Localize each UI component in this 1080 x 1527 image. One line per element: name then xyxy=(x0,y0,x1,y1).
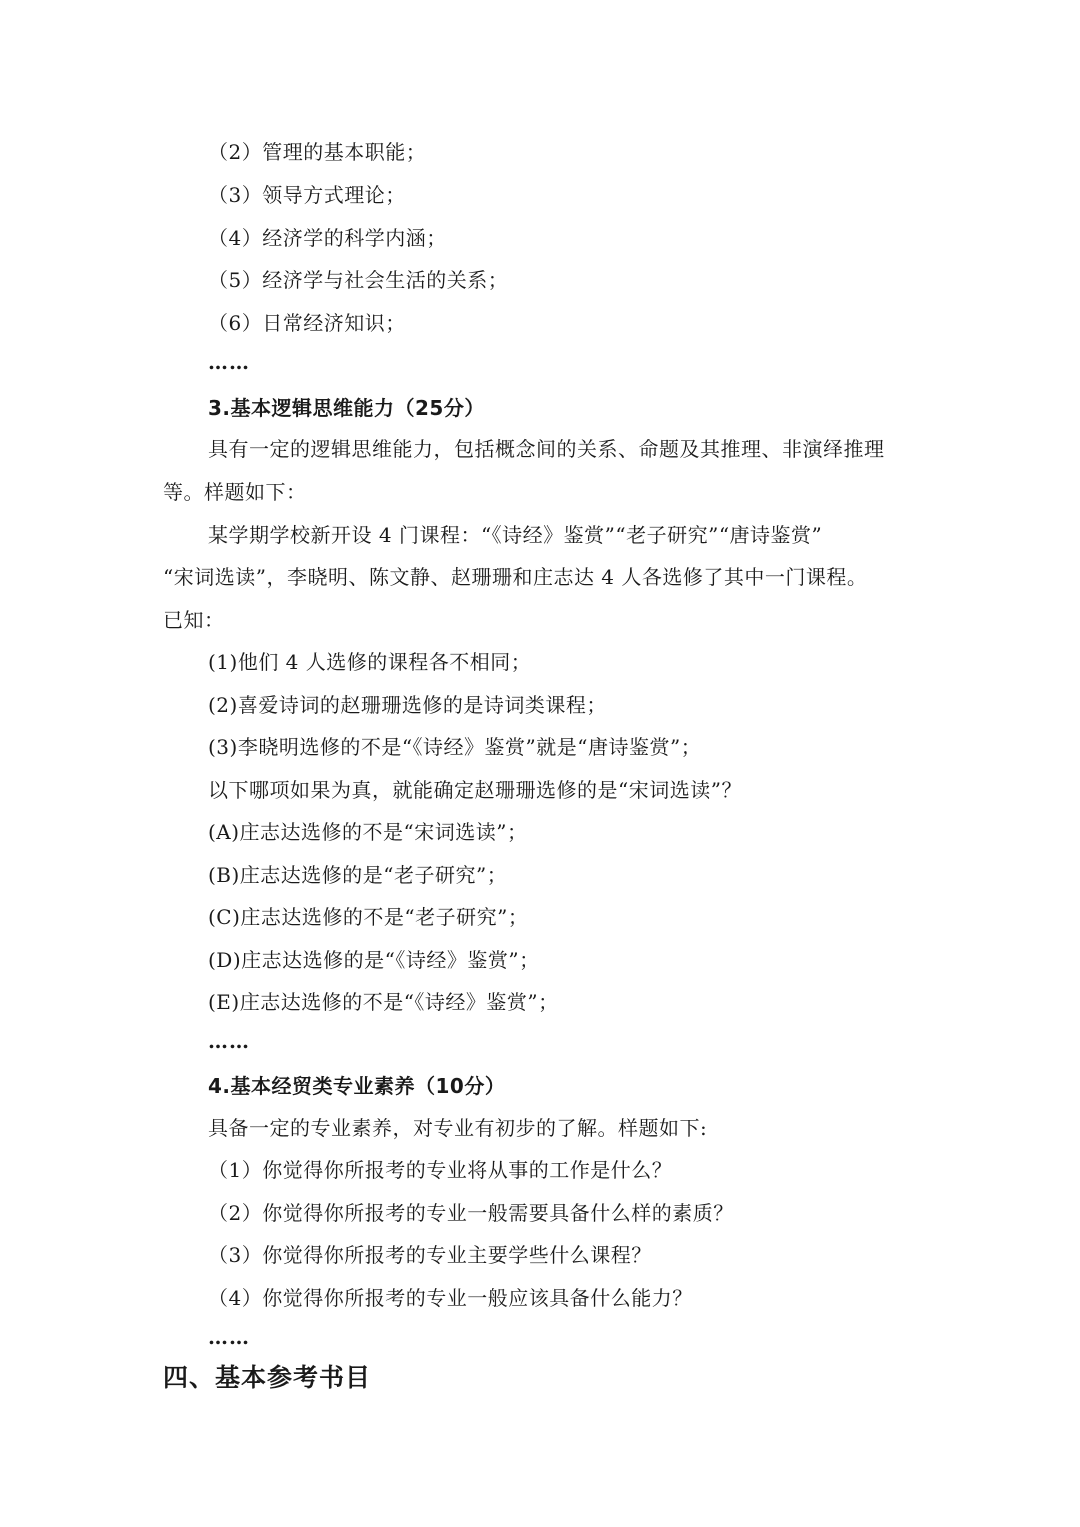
section-heading: 4.基本经贸类专业素养（10分） xyxy=(208,1072,505,1100)
paragraph-line: 具有一定的逻辑思维能力，包括概念间的关系、命题及其推理、非演绎推理 xyxy=(208,435,885,463)
option-item: (D)庄志达选修的是“《诗经》鉴赏”； xyxy=(208,946,540,974)
list-item: （3）你觉得你所报考的专业主要学些什么课程？ xyxy=(208,1241,652,1269)
condition-item: (2)喜爱诗词的赵珊珊选修的是诗词类课程； xyxy=(208,691,607,719)
question-prompt: 以下哪项如果为真，就能确定赵珊珊选修的是“宋词选读”？ xyxy=(208,776,742,804)
list-item: （1）你觉得你所报考的专业将从事的工作是什么？ xyxy=(208,1156,672,1184)
option-item: (A)庄志达选修的不是“宋词选读”； xyxy=(208,818,528,846)
list-item: （3）领导方式理论； xyxy=(208,181,406,209)
list-item: （6）日常经济知识； xyxy=(208,309,406,337)
option-item: (B)庄志达选修的是“老子研究”； xyxy=(208,861,507,889)
option-item: (C)庄志达选修的不是“老子研究”； xyxy=(208,903,528,931)
paragraph-line: 具备一定的专业素养，对专业有初步的了解。样题如下: xyxy=(208,1114,707,1142)
paragraph-line: “宋词选读”，李晓明、陈文静、赵珊珊和庄志达 4 人各选修了其中一门课程。 xyxy=(163,563,867,591)
section-heading: 3.基本逻辑思维能力（25分） xyxy=(208,394,485,422)
paragraph-line: 等。样题如下： xyxy=(163,478,307,506)
option-item: (E)庄志达选修的不是“《诗经》鉴赏”； xyxy=(208,988,559,1016)
ellipsis: …… xyxy=(208,348,250,376)
paragraph-line: 已知： xyxy=(163,606,225,634)
list-item: （4）你觉得你所报考的专业一般应该具备什么能力？ xyxy=(208,1284,693,1312)
list-item: （2）管理的基本职能； xyxy=(208,138,426,166)
list-item: （2）你觉得你所报考的专业一般需要具备什么样的素质？ xyxy=(208,1199,734,1227)
chapter-heading: 四、基本参考书目 xyxy=(163,1360,371,1396)
list-item: （4）经济学的科学内涵； xyxy=(208,224,447,252)
ellipsis: …… xyxy=(208,1323,250,1351)
list-item: （5）经济学与社会生活的关系； xyxy=(208,266,508,294)
paragraph-line: 某学期学校新开设 4 门课程：“《诗经》鉴赏”“老子研究”“唐诗鉴赏” xyxy=(208,521,822,549)
condition-item: (1)他们 4 人选修的课程各不相同； xyxy=(208,648,531,676)
ellipsis: …… xyxy=(208,1027,250,1055)
condition-item: (3)李晓明选修的不是“《诗经》鉴赏”就是“唐诗鉴赏”； xyxy=(208,733,701,761)
